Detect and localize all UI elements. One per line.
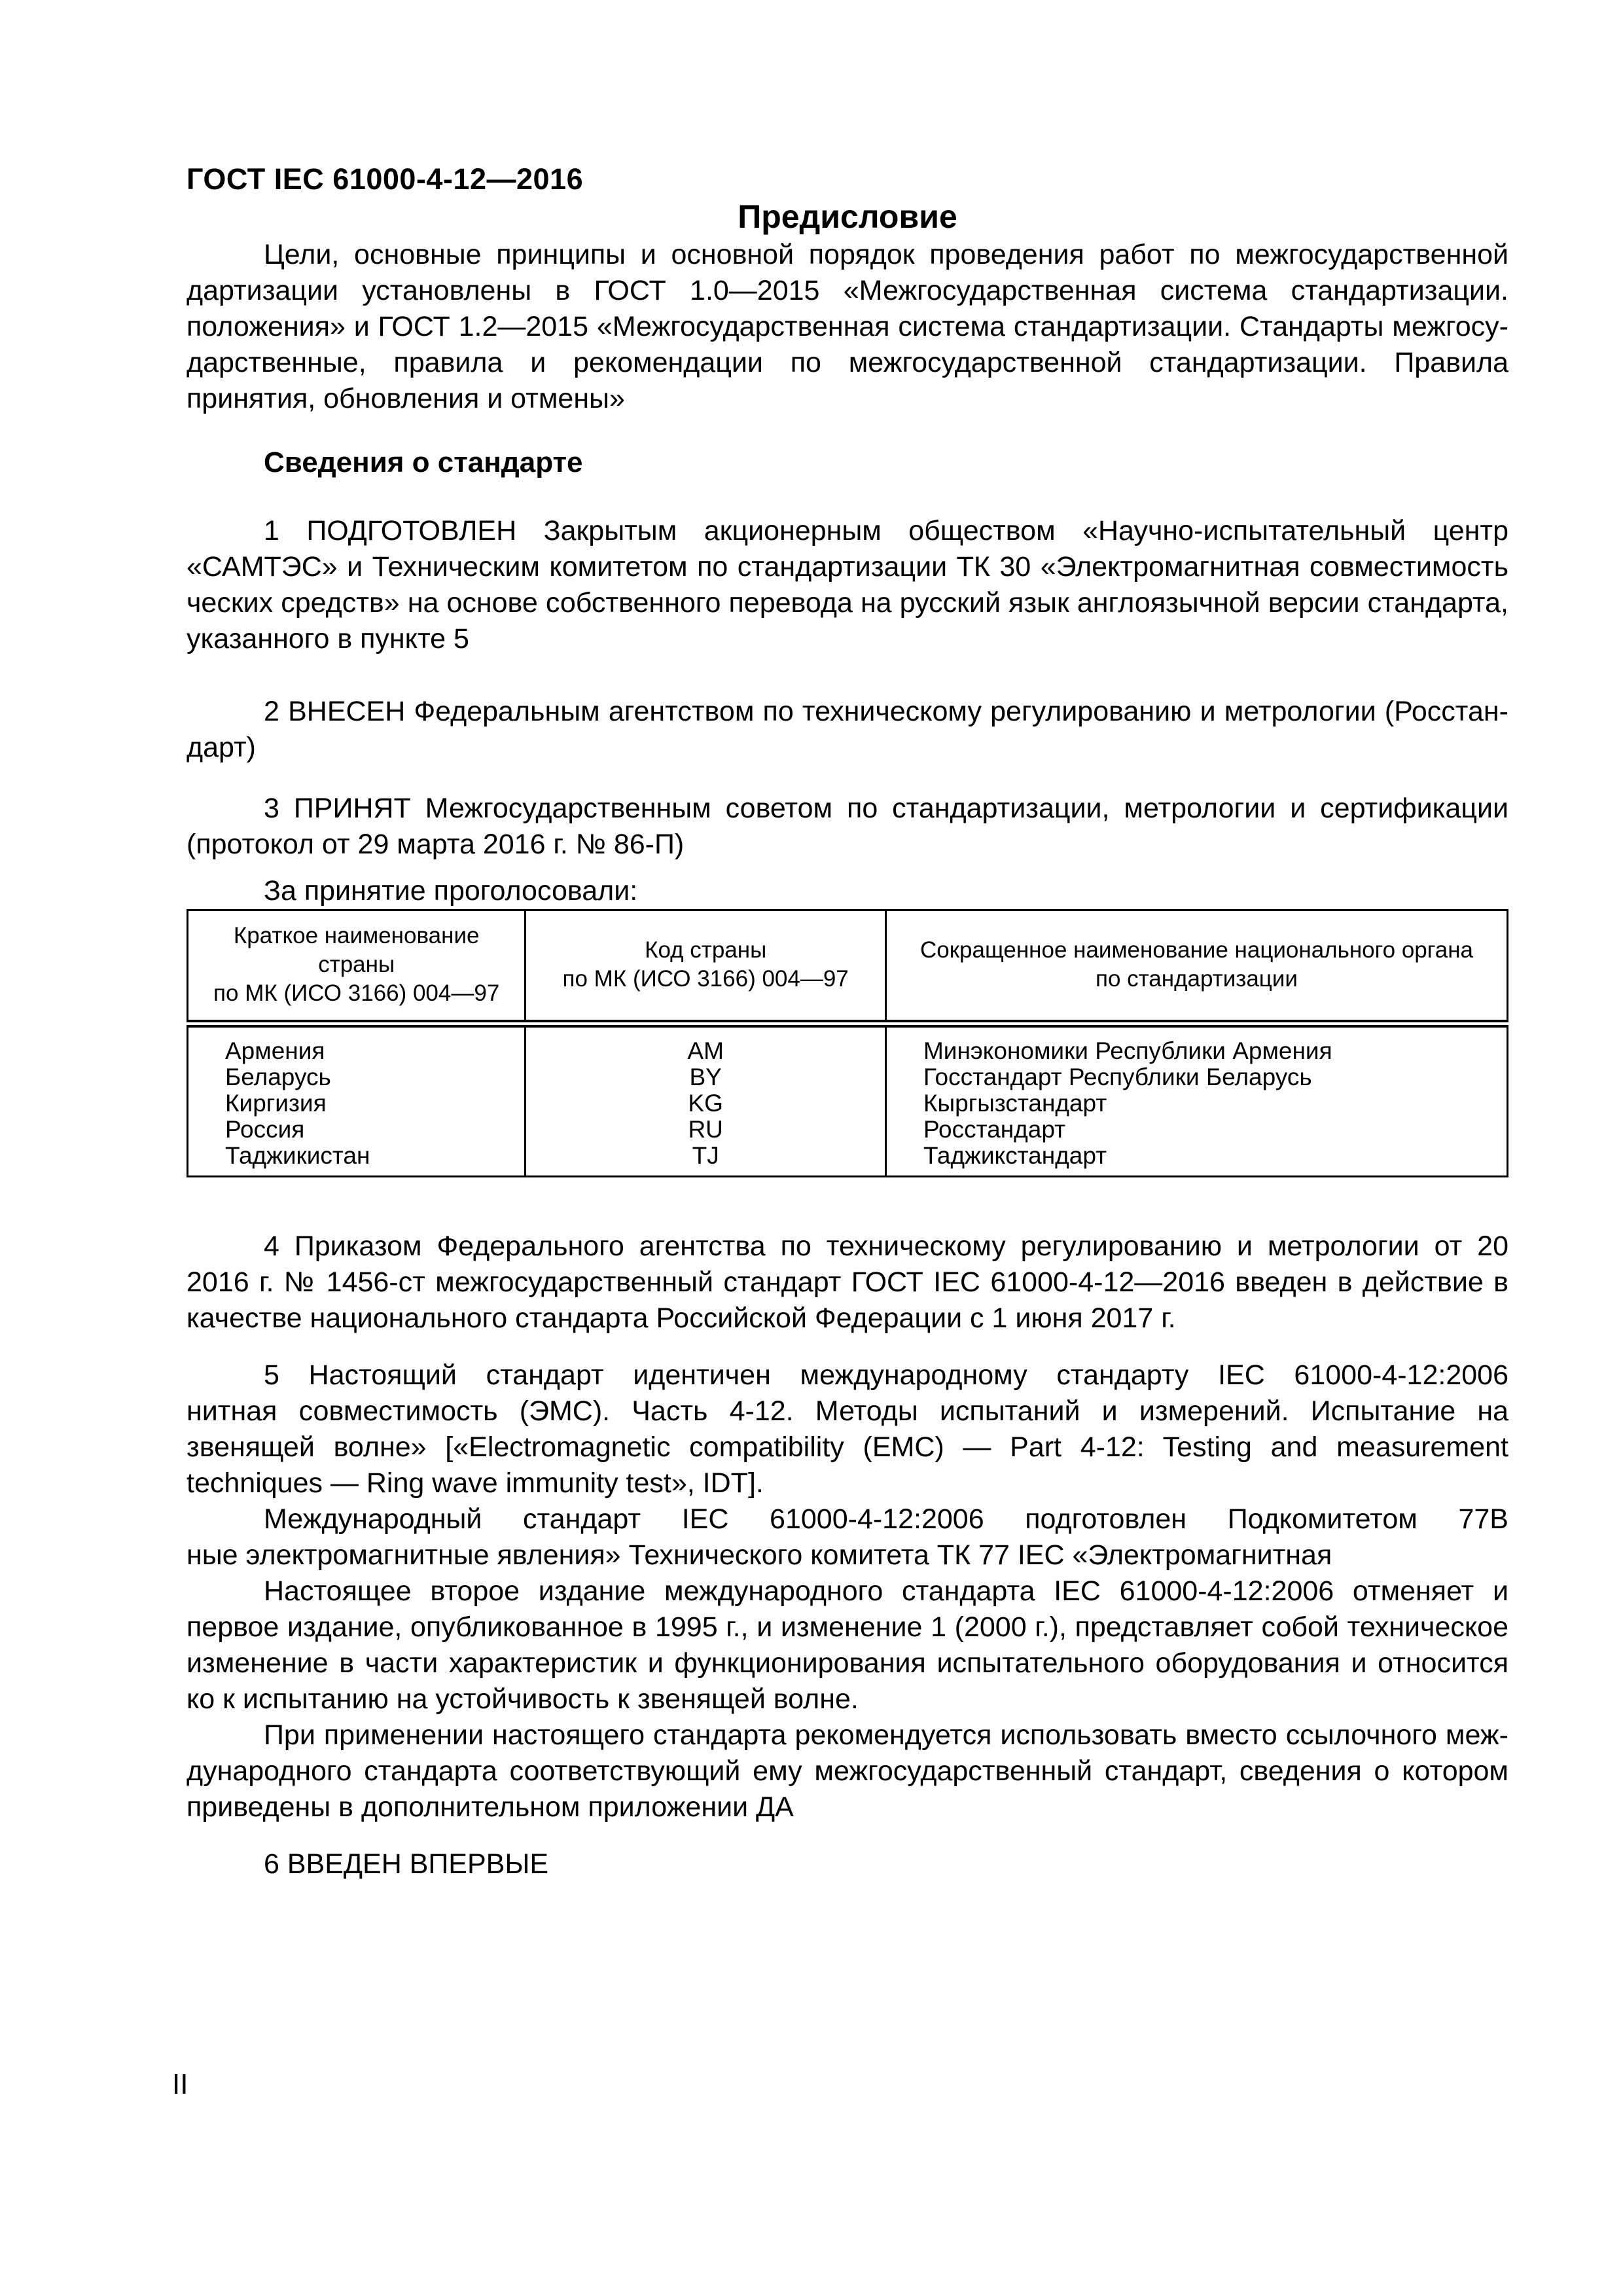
voting-table-row: КиргизияKGКыргызстандарт <box>188 1090 1508 1117</box>
item-3-paragraph-line: (протокол от 29 марта 2016 г. № 86-П) <box>187 827 1508 863</box>
voting-table-header-cell: Код страныпо МК (ИСО 3166) 004—97 <box>526 910 886 1024</box>
voting-table-cell: Таджикистан <box>188 1143 526 1177</box>
item-5-paragraph-a-line: 5 Настоящий стандарт идентичен междунаро… <box>187 1357 1508 1393</box>
item-6-paragraph-line: 6 ВВЕДЕН ВПЕРВЫЕ <box>187 1846 1508 1882</box>
item-1-paragraph-line: ческих средств» на основе собственного п… <box>187 585 1508 621</box>
voting-table-cell: Беларусь <box>188 1064 526 1090</box>
document-page: ГОСТ IEC 61000-4-12—2016 Предисловие Цел… <box>0 0 1623 2296</box>
item-2-paragraph-line: дарт) <box>187 730 1508 766</box>
item-4-paragraph-line: 4 Приказом Федерального агентства по тех… <box>187 1229 1508 1265</box>
page-title: Предисловие <box>187 196 1508 237</box>
voting-table-cell: Минэкономики Республики Армения <box>885 1024 1507 1064</box>
voting-table-cell: TJ <box>526 1143 886 1177</box>
item-5-paragraph-a: 5 Настоящий стандарт идентичен междунаро… <box>187 1357 1508 1501</box>
voting-table-cell: AM <box>526 1024 886 1064</box>
voting-table-row: ТаджикистанTJТаджикстандарт <box>188 1143 1508 1177</box>
item-1-paragraph-line: указанного в пункте 5 <box>187 621 1508 657</box>
item-5-paragraph-b-line: Международный стандарт IEC 61000-4-12:20… <box>187 1501 1508 1537</box>
item-5-paragraph-a-line: нитная совместимость (ЭМС). Часть 4-12. … <box>187 1393 1508 1429</box>
item-1-paragraph-line: «САМТЭС» и Техническим комитетом по стан… <box>187 549 1508 585</box>
item-4-paragraph-line: качестве национального стандарта Российс… <box>187 1300 1508 1336</box>
voting-table-row: АрменияAMМинэкономики Республики Армения <box>188 1024 1508 1064</box>
voting-table-cell: RU <box>526 1117 886 1143</box>
voting-table-header-line: Краткое наименование страны <box>195 922 518 979</box>
voting-table-row: БеларусьBYГосстандарт Республики Беларус… <box>188 1064 1508 1090</box>
item-4-paragraph: 4 Приказом Федерального агентства по тех… <box>187 1229 1508 1336</box>
voting-table-header-line: Код страны <box>533 936 878 965</box>
item-5-paragraph-c-line: Настоящее второе издание международного … <box>187 1573 1508 1609</box>
item-5-paragraph-d-line: При применении настоящего стандарта реко… <box>187 1717 1508 1753</box>
voting-table-header-line: по стандартизации <box>893 965 1500 994</box>
voting-table-header-line: по МК (ИСО 3166) 004—97 <box>195 979 518 1008</box>
voting-table-cell: Киргизия <box>188 1090 526 1117</box>
item-4-paragraph-line: 2016 г. № 1456-ст межгосударственный ста… <box>187 1265 1508 1300</box>
item-5-paragraph-d: При применении настоящего стандарта реко… <box>187 1717 1508 1825</box>
item-3-paragraph: 3 ПРИНЯТ Межгосударственным советом по с… <box>187 791 1508 863</box>
item-5-paragraph-a-line: techniques — Ring wave immunity test», I… <box>187 1465 1508 1501</box>
item-1-paragraph: 1 ПОДГОТОВЛЕН Закрытым акционерным общес… <box>187 513 1508 657</box>
intro-paragraph-line: дарственные, правила и рекомендации по м… <box>187 345 1508 381</box>
item-1-paragraph-line: 1 ПОДГОТОВЛЕН Закрытым акционерным общес… <box>187 513 1508 549</box>
item-2-paragraph-line: 2 ВНЕСЕН Федеральным агентством по техни… <box>187 694 1508 730</box>
voting-table-cell: Кыргызстандарт <box>885 1090 1507 1117</box>
voting-table-header-cell: Сокращенное наименование национального о… <box>885 910 1507 1024</box>
intro-paragraph-line: дартизации установлены в ГОСТ 1.0—2015 «… <box>187 273 1508 309</box>
voting-table-header-line: Сокращенное наименование национального о… <box>893 936 1500 965</box>
voting-table: Краткое наименование страныпо МК (ИСО 31… <box>187 909 1508 1177</box>
item-5-paragraph-c-line: ко к испытанию на устойчивость к звеняще… <box>187 1681 1508 1717</box>
voting-table-cell: Госстандарт Республики Беларусь <box>885 1064 1507 1090</box>
voting-table-row: РоссияRUРосстандарт <box>188 1117 1508 1143</box>
voting-table-cell: KG <box>526 1090 886 1117</box>
voting-table-header-row: Краткое наименование страныпо МК (ИСО 31… <box>188 910 1508 1024</box>
voting-table-cell: Таджикстандарт <box>885 1143 1507 1177</box>
voting-table-cell: Россия <box>188 1117 526 1143</box>
voting-table-cell: Армения <box>188 1024 526 1064</box>
intro-paragraph-line: Цели, основные принципы и основной поряд… <box>187 237 1508 273</box>
section-heading: Сведения о стандарте <box>187 444 1508 480</box>
item-5-paragraph-d-line: приведены в дополнительном приложении ДА <box>187 1789 1508 1825</box>
voting-table-cell: BY <box>526 1064 886 1090</box>
page-number: II <box>172 2068 188 2101</box>
voting-label: За принятие проголосовали: <box>187 873 1508 909</box>
item-3-paragraph-line: 3 ПРИНЯТ Межгосударственным советом по с… <box>187 791 1508 827</box>
item-5-paragraph-a-line: звенящей волне» [«Electromagnetic compat… <box>187 1429 1508 1465</box>
intro-paragraph-line: принятия, обновления и отмены» <box>187 381 1508 417</box>
voting-table-cell: Росстандарт <box>885 1117 1507 1143</box>
item-5-paragraph-c: Настоящее второе издание международного … <box>187 1573 1508 1717</box>
item-5-paragraph-c-line: первое издание, опубликованное в 1995 г.… <box>187 1609 1508 1645</box>
item-6-paragraph: 6 ВВЕДЕН ВПЕРВЫЕ <box>187 1846 1508 1882</box>
item-2-paragraph: 2 ВНЕСЕН Федеральным агентством по техни… <box>187 694 1508 766</box>
item-5-paragraph-b-line: ные электромагнитные явления» Техническо… <box>187 1537 1508 1573</box>
item-5-paragraph-d-line: дународного стандарта соответствующий ем… <box>187 1753 1508 1789</box>
item-5-paragraph-b: Международный стандарт IEC 61000-4-12:20… <box>187 1501 1508 1573</box>
page-content: ГОСТ IEC 61000-4-12—2016 Предисловие Цел… <box>187 0 1508 1882</box>
voting-table-header-cell: Краткое наименование страныпо МК (ИСО 31… <box>188 910 526 1024</box>
item-5-paragraph-c-line: изменение в части характеристик и функци… <box>187 1645 1508 1681</box>
voting-table-header-line: по МК (ИСО 3166) 004—97 <box>533 965 878 994</box>
intro-paragraph-line: положения» и ГОСТ 1.2—2015 «Межгосударст… <box>187 309 1508 345</box>
intro-paragraph: Цели, основные принципы и основной поряд… <box>187 237 1508 417</box>
voting-label-line: За принятие проголосовали: <box>187 873 1508 909</box>
running-head: ГОСТ IEC 61000-4-12—2016 <box>187 0 1508 196</box>
